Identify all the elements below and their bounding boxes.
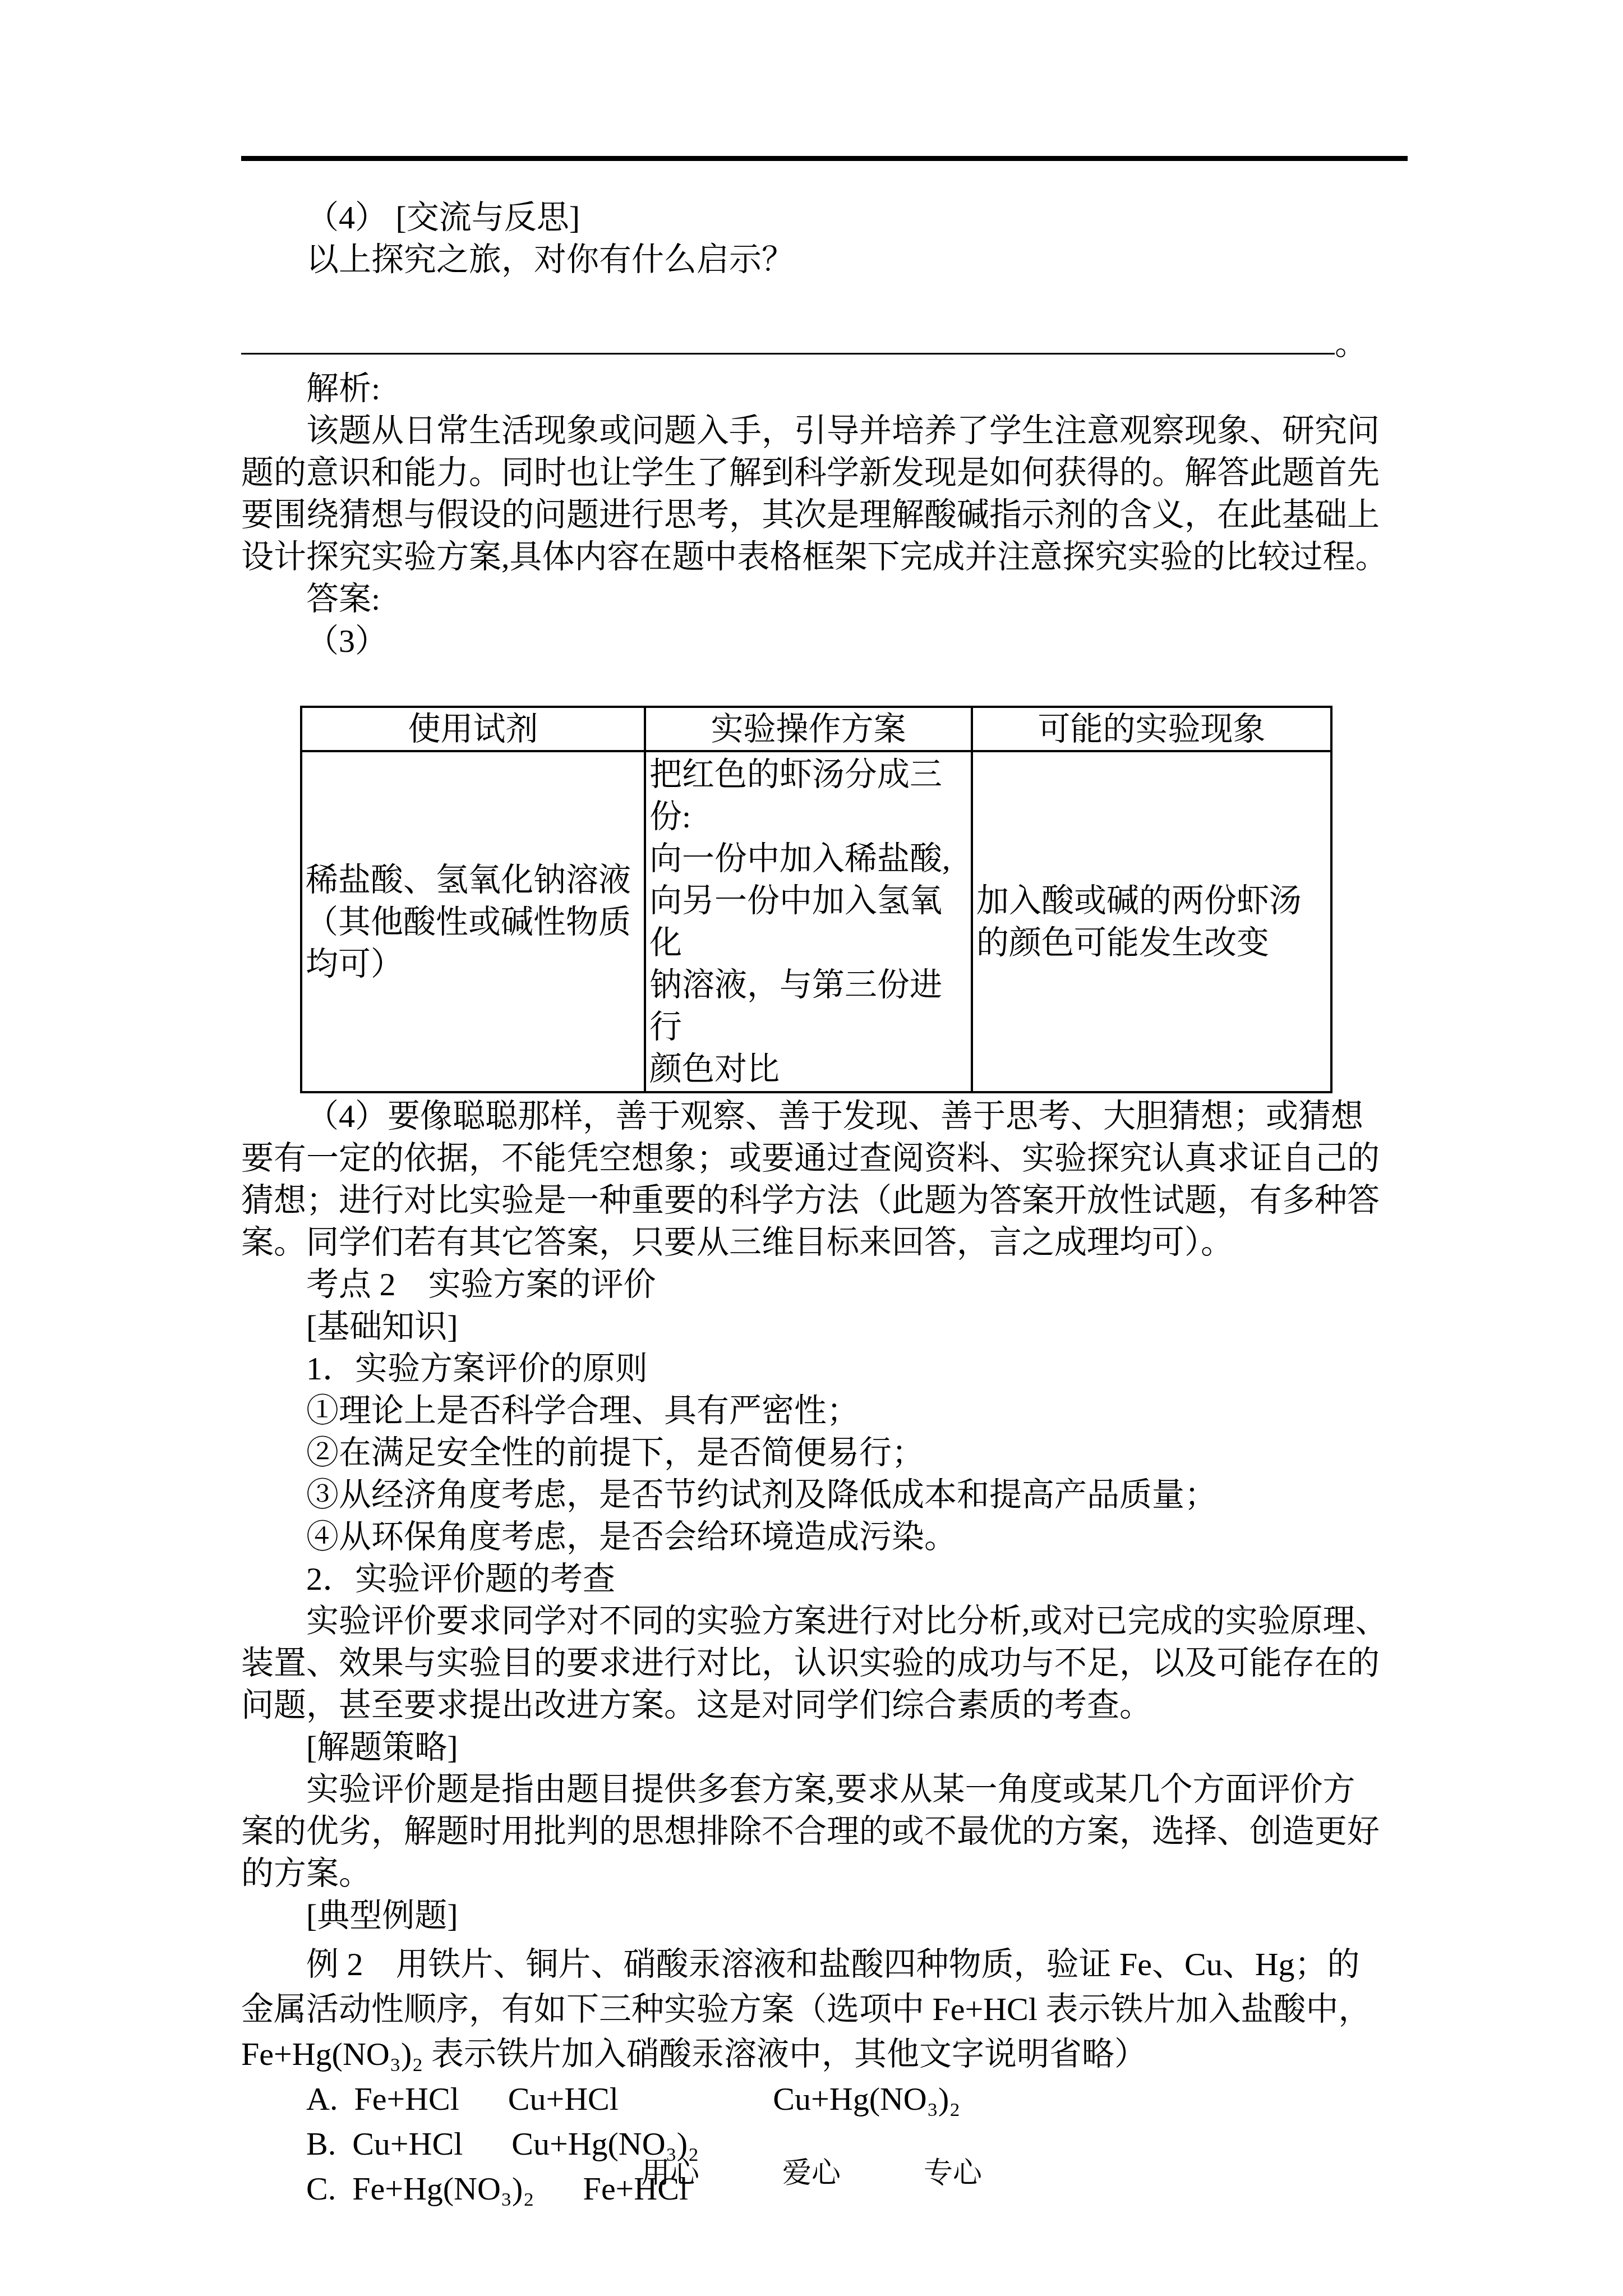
- footer-word: 专心: [924, 2157, 982, 2191]
- doc-line: ①理论上是否科学合理、具有严密性；: [241, 1389, 1385, 1432]
- doc-line: 问题，甚至要求提出改进方案。这是对同学们综合素质的考查。: [241, 1684, 1385, 1726]
- doc-line: 该题从日常生活现象或问题入手，引导并培养了学生注意观察现象、研究问: [241, 409, 1385, 452]
- doc-line: 考点 2 实验方案的评价: [241, 1263, 1385, 1305]
- spacer-line: [241, 280, 1385, 323]
- doc-line: 实验评价要求同学对不同的实验方案进行对比分析,或对已完成的实验原理、: [241, 1600, 1385, 1642]
- table-header-reagent: 使用试剂: [301, 707, 645, 751]
- table-cell-reagent: 稀盐酸、氢氧化钠溶液 （其他酸性或碱性物质 均可）: [301, 751, 645, 1092]
- doc-line: （4）要像聪聪那样，善于观察、善于发现、善于思考、大胆猜想；或猜想: [241, 1095, 1385, 1137]
- table-cell-procedure: 把红色的虾汤分成三份: 向一份中加入稀盐酸, 向另一份中加入氢氧化 钠溶液，与第…: [645, 751, 972, 1092]
- doc-line: 案。同学们若有其它答案，只要从三维目标来回答，言之成理均可）。: [241, 1221, 1385, 1263]
- doc-line: 的方案。: [241, 1852, 1385, 1894]
- doc-line: 设计探究实验方案,具体内容在题中表格框架下完成并注意探究实验的比较过程。: [241, 536, 1385, 578]
- option-a-line: A. Fe+HCl Cu+HCl Cu+Hg(NO₃)₂: [241, 2077, 1385, 2122]
- doc-line: 答案:: [241, 578, 1385, 620]
- table-header-phenomenon: 可能的实验现象: [972, 707, 1331, 751]
- period-after-blank: 。: [1335, 325, 1367, 362]
- doc-line: 1．实验方案评价的原则: [241, 1347, 1385, 1389]
- doc-line: [基础知识]: [241, 1305, 1385, 1347]
- answer-blank-line: 。: [241, 323, 1385, 367]
- doc-line: 猜想；进行对比实验是一种重要的科学方法（此题为答案开放性试题，有多种答: [241, 1179, 1385, 1221]
- doc-line: 解析:: [241, 367, 1385, 409]
- table-cell-phenomenon: 加入酸或碱的两份虾汤 的颜色可能发生改变: [972, 751, 1331, 1092]
- footer-word: 爱心: [782, 2157, 841, 2191]
- doc-line: （4） [交流与反思]: [241, 196, 1385, 238]
- doc-line: ②在满足安全性的前提下，是否简便易行；: [241, 1432, 1385, 1474]
- document-page: （4） [交流与反思] 以上探究之旅，对你有什么启示？ 。 解析: 该题从日常生…: [0, 0, 1623, 2296]
- answer-table: 使用试剂 实验操作方案 可能的实验现象 稀盐酸、氢氧化钠溶液 （其他酸性或碱性物…: [300, 706, 1332, 1093]
- doc-line: （3）: [241, 620, 1385, 662]
- doc-line: [解题策略]: [241, 1726, 1385, 1768]
- doc-line: ③从经济角度考虑，是否节约试剂及降低成本和提高产品质量；: [241, 1474, 1385, 1516]
- fill-in-blank: [241, 324, 1335, 355]
- doc-line: 例 2 用铁片、铜片、硝酸汞溶液和盐酸四种物质，验证 Fe、Cu、Hg；的: [241, 1942, 1385, 1987]
- doc-line: Fe+Hg(NO₃)₂ 表示铁片加入硝酸汞溶液中，其他文字说明省略）: [241, 2032, 1385, 2077]
- footer-word: 用心: [641, 2157, 699, 2191]
- doc-line: 装置、效果与实验目的要求进行对比，认识实验的成功与不足，以及可能存在的: [241, 1642, 1385, 1684]
- doc-line: 金属活动性顺序，有如下三种实验方案（选项中 Fe+HCl 表示铁片加入盐酸中，: [241, 1987, 1385, 2032]
- header-rule: [241, 156, 1408, 161]
- doc-line: 要有一定的依据，不能凭空想象；或要通过查阅资料、实验探究认真求证自己的: [241, 1137, 1385, 1179]
- doc-line: 2．实验评价题的考查: [241, 1558, 1385, 1600]
- doc-line: 题的意识和能力。同时也让学生了解到科学新发现是如何获得的。解答此题首先: [241, 452, 1385, 494]
- page-footer: 用心 爱心 专心: [0, 2157, 1623, 2191]
- doc-line: 实验评价题是指由题目提供多套方案,要求从某一角度或某几个方面评价方: [241, 1768, 1385, 1810]
- doc-line: 案的优劣，解题时用批判的思想排除不合理的或不最优的方案，选择、创造更好: [241, 1810, 1385, 1852]
- table-row: 稀盐酸、氢氧化钠溶液 （其他酸性或碱性物质 均可） 把红色的虾汤分成三份: 向一…: [301, 751, 1331, 1092]
- doc-line: ④从环保角度考虑，是否会给环境造成污染。: [241, 1516, 1385, 1558]
- doc-line: 要围绕猜想与假设的问题进行思考，其次是理解酸碱指示剂的含义，在此基础上: [241, 494, 1385, 536]
- table-header-row: 使用试剂 实验操作方案 可能的实验现象: [301, 707, 1331, 751]
- table-header-procedure: 实验操作方案: [645, 707, 972, 751]
- doc-line: 以上探究之旅，对你有什么启示？: [241, 238, 1385, 280]
- doc-line: [典型例题]: [241, 1894, 1385, 1936]
- document-body: （4） [交流与反思] 以上探究之旅，对你有什么启示？ 。 解析: 该题从日常生…: [241, 196, 1385, 2211]
